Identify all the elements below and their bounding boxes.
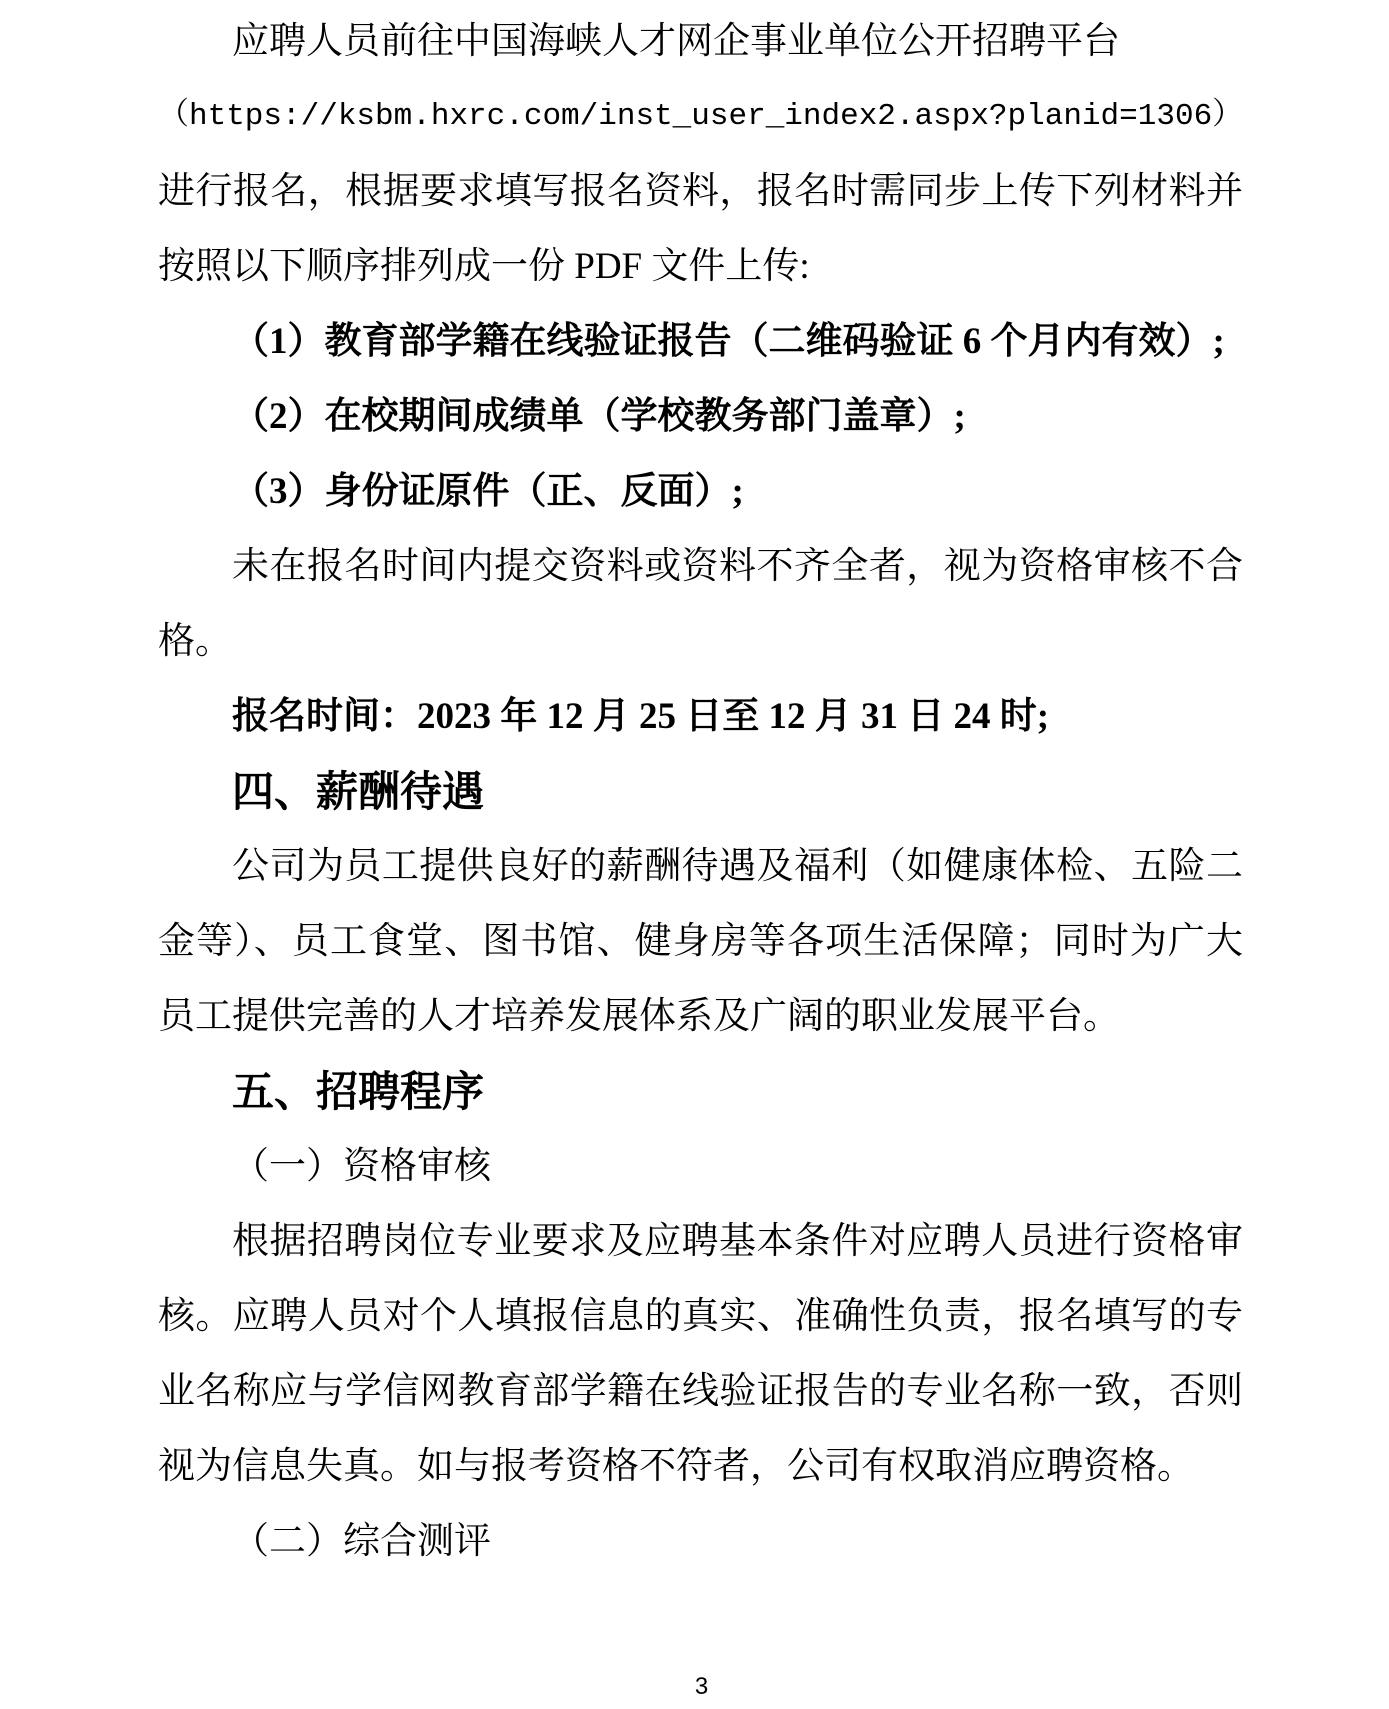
para-incomplete-line-1: 未在报名时间内提交资料或资料不齐全者，视为资格审核不合 bbox=[158, 529, 1243, 604]
page-number: 3 bbox=[681, 1672, 708, 1702]
para-welfare-line-2: 金等）、员工食堂、图书馆、健身房等各项生活保障；同时为广大 bbox=[158, 904, 1243, 979]
para-review-line-4: 视为信息失真。如与报考资格不符者，公司有权取消应聘资格。 bbox=[158, 1429, 1243, 1504]
para-welfare-line-3: 员工提供完善的人才培养发展体系及广阔的职业发展平台。 bbox=[158, 979, 1243, 1054]
para-apply-url: （https://ksbm.hxrc.com/inst_user_index2.… bbox=[158, 79, 1243, 154]
page-footer: 3 bbox=[0, 1672, 1389, 1702]
subsection-1-title: （一）资格审核 bbox=[158, 1129, 1243, 1204]
para-apply-line-3: 进行报名，根据要求填写报名资料，报名时需同步上传下列材料并 bbox=[158, 154, 1243, 229]
registration-time: 报名时间：2023 年 12 月 25 日至 12 月 31 日 24 时; bbox=[158, 679, 1243, 754]
para-review-line-1: 根据招聘岗位专业要求及应聘基本条件对应聘人员进行资格审 bbox=[158, 1204, 1243, 1279]
para-apply-line-1: 应聘人员前往中国海峡人才网企事业单位公开招聘平台 bbox=[158, 4, 1243, 79]
heading-section-5: 五、招聘程序 bbox=[158, 1054, 1243, 1129]
upload-item-3: （3）身份证原件（正、反面）; bbox=[158, 454, 1243, 529]
para-apply-line-4: 按照以下顺序排列成一份 PDF 文件上传: bbox=[158, 229, 1243, 304]
para-review-line-2: 核。应聘人员对个人填报信息的真实、准确性负责，报名填写的专 bbox=[158, 1279, 1243, 1354]
document-body: 应聘人员前往中国海峡人才网企事业单位公开招聘平台（https://ksbm.hx… bbox=[0, 0, 1389, 1579]
document-page: 应聘人员前往中国海峡人才网企事业单位公开招聘平台（https://ksbm.hx… bbox=[0, 0, 1389, 1709]
upload-item-2: （2）在校期间成绩单（学校教务部门盖章）; bbox=[158, 379, 1243, 454]
para-review-line-3: 业名称应与学信网教育部学籍在线验证报告的专业名称一致，否则 bbox=[158, 1354, 1243, 1429]
para-welfare-line-1: 公司为员工提供良好的薪酬待遇及福利（如健康体检、五险二 bbox=[158, 829, 1243, 904]
upload-item-1: （1）教育部学籍在线验证报告（二维码验证 6 个月内有效）; bbox=[158, 304, 1243, 379]
subsection-2-title: （二）综合测评 bbox=[158, 1504, 1243, 1579]
heading-section-4: 四、薪酬待遇 bbox=[158, 754, 1243, 829]
para-incomplete-line-2: 格。 bbox=[158, 604, 1243, 679]
